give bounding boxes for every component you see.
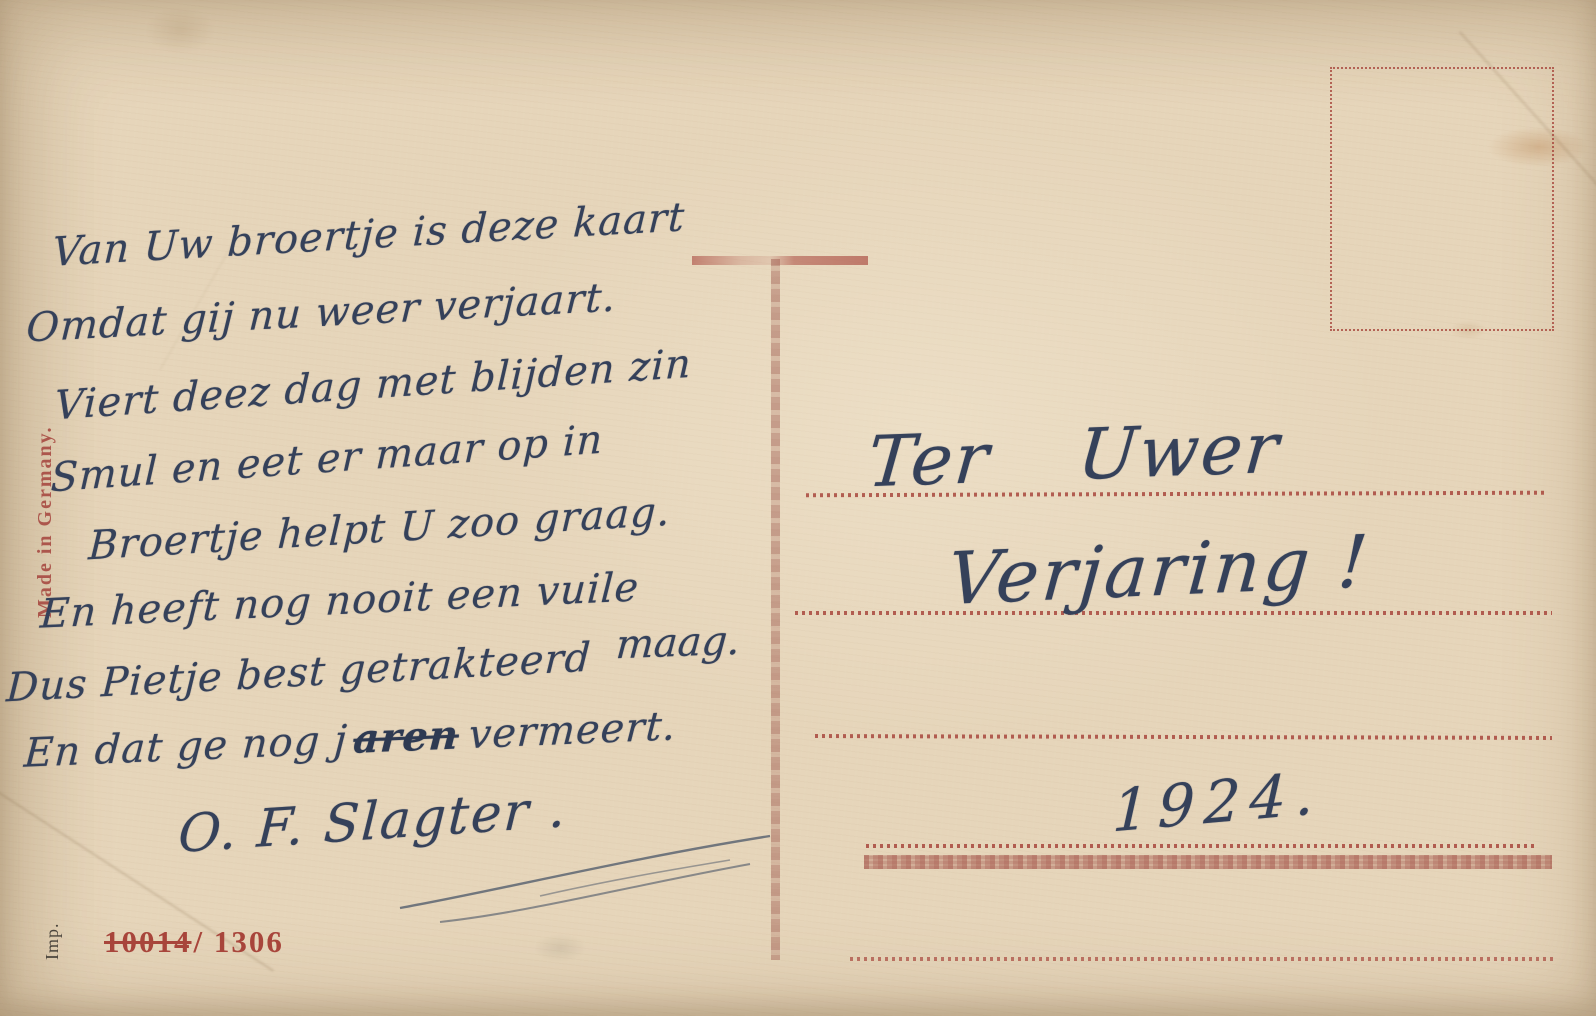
- catalog-separator: /: [194, 924, 205, 959]
- address-line-4-thick-band: [864, 855, 1552, 869]
- poem-line: Viert deez dag met blijden zin: [54, 341, 693, 430]
- poem-inserted-word: maag.: [614, 618, 741, 668]
- poem-line: En heeft nog nooit een vuile: [39, 564, 641, 637]
- catalog-number: 10014/ 1306: [104, 924, 284, 960]
- address-line-2: [795, 611, 1552, 615]
- handwritten-year: 1924.: [1111, 759, 1324, 846]
- poem-line: Dus Pietje best getrakteerd: [5, 635, 592, 712]
- postcard-back: Made in Germany. Imp. 10014/ 1306 Van Uw…: [0, 0, 1596, 1016]
- poem-last-line-end: vermeert.: [467, 703, 677, 758]
- address-line-5: [850, 957, 1556, 961]
- divider-top-bar: [692, 256, 868, 265]
- catalog-number-value: 1306: [214, 924, 284, 959]
- poem-last-line-start: En dat ge nog j: [23, 717, 349, 777]
- stamp-box: [1330, 67, 1554, 331]
- address-line-3: [815, 734, 1552, 740]
- poem-line: Omdat gij nu weer verjaart.: [25, 274, 617, 351]
- poem-line: Van Uw broertje is deze kaart: [51, 194, 686, 276]
- address-line-4: [866, 844, 1534, 848]
- poem-line: Broertje helpt U zoo graag.: [87, 489, 671, 570]
- poem-line: Smul en eet er maar op in: [50, 417, 604, 502]
- poem-last-line: En dat ge nog jarenvermeert.: [23, 702, 678, 776]
- catalog-number-struck: 10014: [104, 924, 192, 959]
- greeting-line-2: Verjaring !: [945, 519, 1374, 621]
- poem-crossed-out-word: aren: [352, 711, 460, 763]
- imp-imprint: Imp.: [42, 923, 63, 961]
- greeting-line-1: Ter Uwer: [865, 407, 1284, 504]
